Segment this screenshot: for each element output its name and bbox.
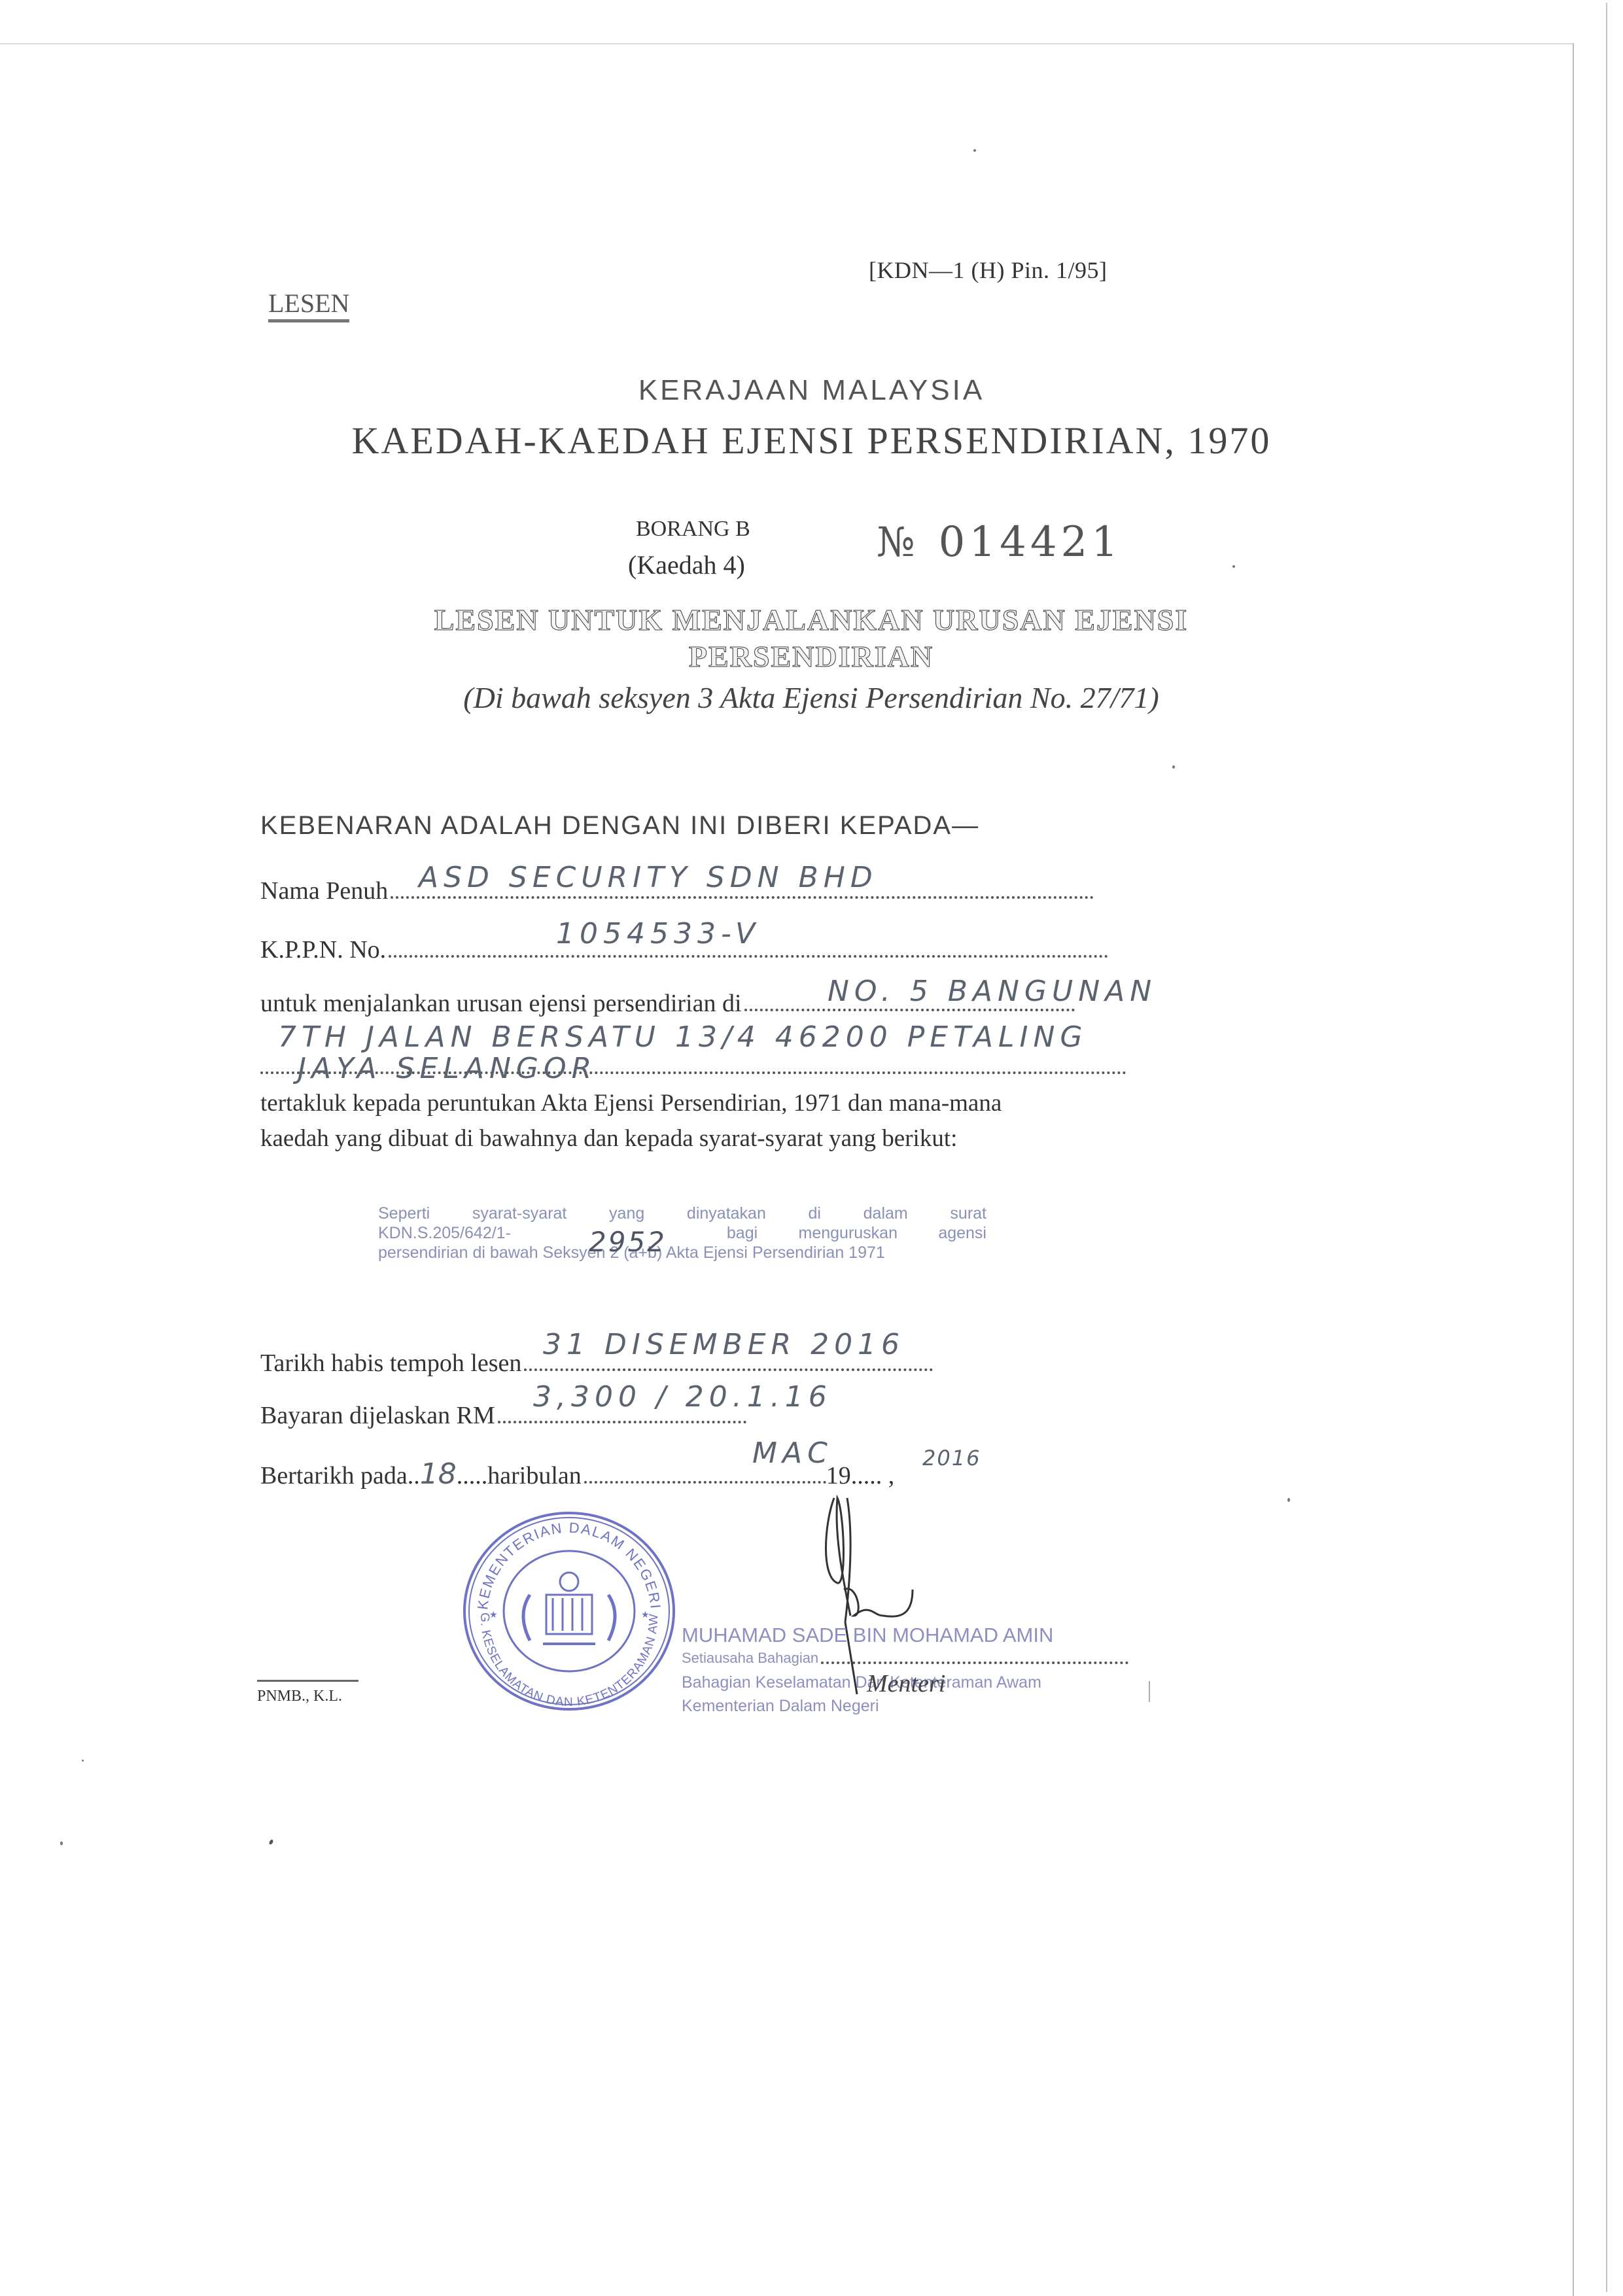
scan-speck [268,1839,273,1845]
address-dotted-line-1 [744,1009,1075,1011]
signatory-ministry: Kementerian Dalam Negeri [682,1697,879,1716]
address-line-1: NO. 5 BANGUNAN [828,975,1157,1008]
conditions-stamp: Seperti syarat-syarat yang dinyatakan di… [378,1204,986,1262]
printed-title: Menteri [867,1669,945,1698]
license-title-line2: PERSENDIRIAN [275,638,1348,675]
scan-mark [1149,1681,1150,1702]
signature-dotted-line [821,1661,1128,1664]
license-title-line1: LESEN UNTUK MENJALANKAN URUSAN EJENSI [275,602,1348,638]
rule-reference: (Kaedah 4) [628,549,745,580]
dated-month-label: haribulan [487,1462,582,1489]
signatory-department: Bahagian Keselamatan Dan Ketenteraman Aw… [682,1673,1041,1692]
printer-rule [257,1680,358,1682]
conditions-line-3: persendirian di bawah Seksyen 2 (a+b) Ak… [378,1243,986,1262]
scan-speck [60,1841,63,1845]
conditions-line-2: KDN.S.205/642/1-bagi menguruskan agensi [378,1223,986,1243]
scan-speck [1172,765,1175,769]
payment-label: Bayaran dijelaskan RM [260,1402,495,1429]
expiry-label: Tarikh habis tempoh lesen [260,1349,521,1377]
license-subtitle: (Di bawah seksyen 3 Akta Ejensi Persendi… [268,680,1354,715]
ministry-seal-icon: KEMENTERIAN DALAM NEGERI BHG. KESELAMATA… [458,1503,680,1713]
kppn-dotted-line [389,955,1108,958]
form-code: [KDN—1 (H) Pin. 1/95] [869,256,1107,284]
svg-text:KEMENTERIAN DALAM NEGERI: KEMENTERIAN DALAM NEGERI [474,1520,664,1610]
svg-text:★: ★ [641,1610,650,1620]
dated-day: 18 [420,1457,457,1491]
ministry-seal: KEMENTERIAN DALAM NEGERI BHG. KESELAMATA… [458,1503,680,1713]
expiry-dotted-line [524,1368,933,1371]
svg-text:★: ★ [489,1610,498,1620]
signatory-role: Setiausaha Bahagian [682,1650,818,1667]
number-sign: № [877,518,915,566]
document-tag: LESEN [268,288,349,322]
signatory-name: MUHAMAD SADE BIN MOHAMAD AMIN [682,1624,1053,1647]
subject-to-line-1: tertakluk kepada peruntukan Akta Ejensi … [260,1086,1163,1121]
grant-statement: KEBENARAN ADALAH DENGAN INI DIBERI KEPAD… [260,811,979,841]
conditions-ref-suffix: bagi menguruskan agensi [727,1224,986,1242]
conditions-handwritten-ref: 2952 [589,1226,667,1258]
address-line-2: 7TH JALAN BERSATU 13/4 46200 PETALING [278,1020,1088,1054]
serial-value: 014421 [939,518,1122,566]
scan-edge [1606,3,1607,2292]
license-title: LESEN UNTUK MENJALANKAN URUSAN EJENSI PE… [275,602,1348,675]
payment-value: 3,300 / 20.1.16 [533,1380,832,1414]
rules-heading: KAEDAH-KAEDAH EJENSI PERSENDIRIAN, 1970 [0,419,1623,462]
scan-speck [973,149,976,152]
dated-label: Bertarikh pada [260,1462,408,1489]
government-heading: KERAJAAN MALAYSIA [0,374,1623,407]
subject-to-text: tertakluk kepada peruntukan Akta Ejensi … [260,1086,1163,1157]
serial-number: №014421 [877,518,1122,566]
kppn-value: 1054533-V [556,917,760,950]
dated-month-dotted-line [584,1481,826,1484]
full-name-label: Nama Penuh [260,877,388,905]
full-name-dotted-line [391,896,1094,899]
address-label: untuk menjalankan urusan ejensi persendi… [260,990,742,1017]
form-name: BORANG B [636,517,750,542]
address-line-3: JAYA SELANGOR [298,1052,597,1085]
scan-speck [1287,1498,1290,1502]
signature [772,1485,968,1701]
conditions-ref-prefix: KDN.S.205/642/1- [378,1224,511,1242]
dated-year: 2016 [922,1446,981,1470]
expiry-value: 31 DISEMBER 2016 [543,1328,905,1361]
conditions-line-1: Seperti syarat-syarat yang dinyatakan di… [378,1204,986,1223]
dated-month: MAC [752,1436,833,1470]
subject-to-line-2: kaedah yang dibuat di bawahnya dan kepad… [260,1121,1163,1157]
printer-mark: PNMB., K.L. [257,1688,342,1705]
payment-dotted-line [498,1421,746,1423]
full-name-value: ASD SECURITY SDN BHD [419,861,878,894]
scan-speck [82,1760,84,1762]
page-edge-top [0,43,1573,44]
scan-speck [1232,565,1235,568]
kppn-label: K.P.P.N. No. [260,936,386,964]
